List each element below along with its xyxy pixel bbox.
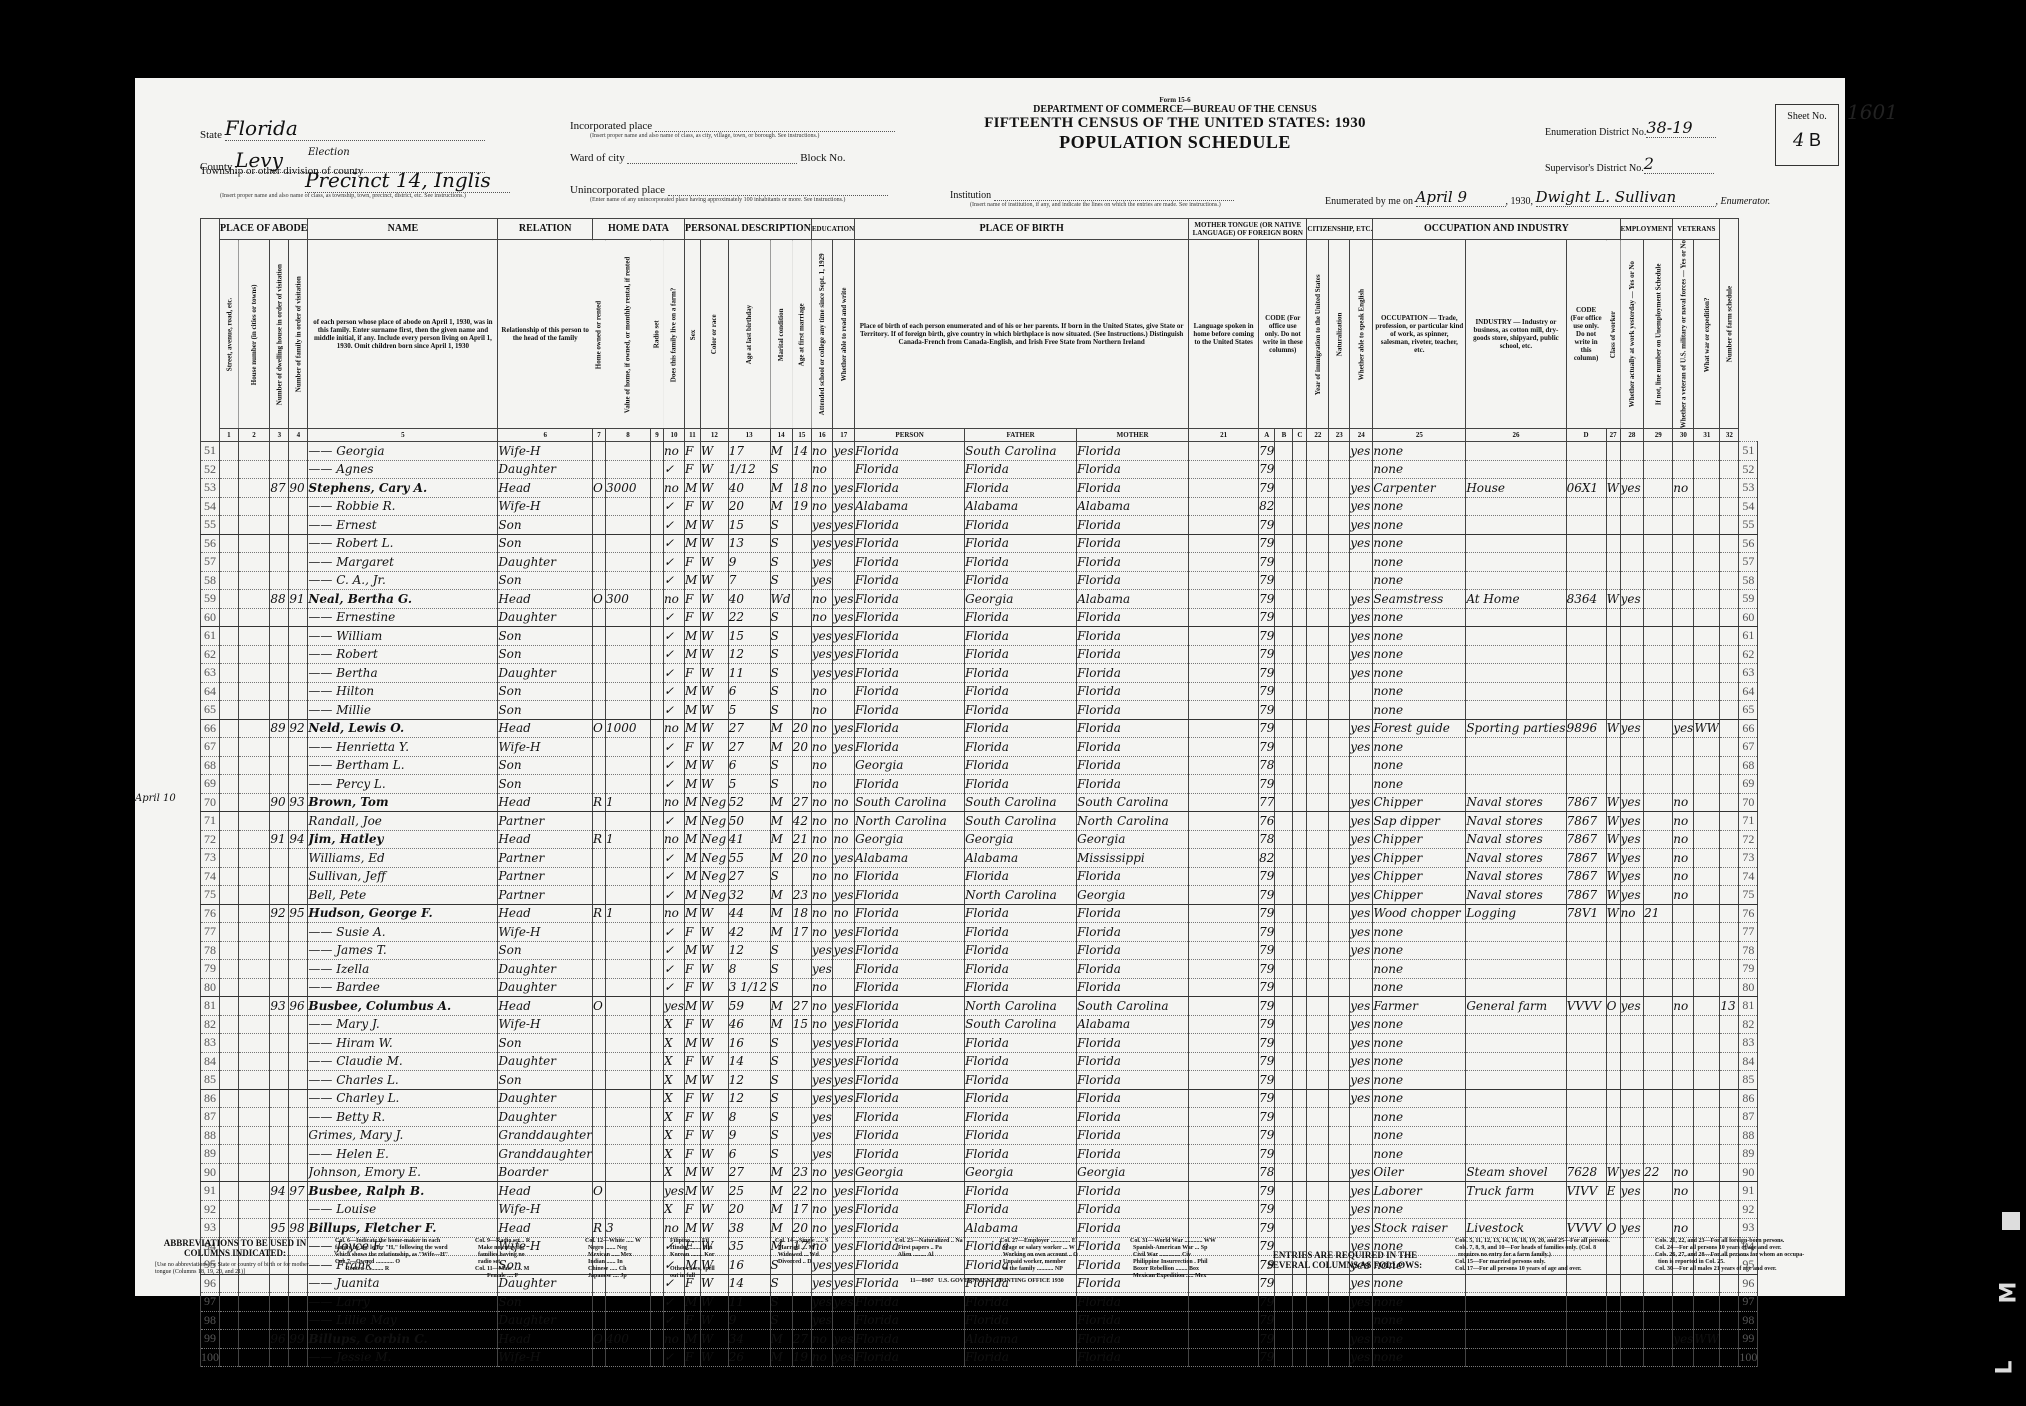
race: Neg bbox=[700, 793, 728, 812]
birthplace-mother: Florida bbox=[1077, 627, 1189, 646]
occupation: none bbox=[1373, 1145, 1466, 1164]
farm: no bbox=[663, 1330, 684, 1349]
code-a: 79 bbox=[1259, 553, 1275, 572]
radio-set bbox=[650, 1200, 663, 1219]
unemployment-line: 22 bbox=[1644, 1163, 1673, 1182]
age-first-marriage bbox=[792, 701, 811, 720]
unemployment-line bbox=[1644, 941, 1673, 960]
speaks-english bbox=[1350, 460, 1373, 479]
line-number-right: 86 bbox=[1739, 1089, 1758, 1108]
col-13-header: Age at last birthday bbox=[728, 240, 770, 429]
farm-schedule bbox=[1720, 534, 1739, 553]
schedule-title: POPULATION SCHEDULE bbox=[965, 132, 1385, 153]
home-value bbox=[605, 571, 650, 590]
race: W bbox=[700, 1034, 728, 1053]
sex: F bbox=[685, 497, 701, 516]
family-number bbox=[289, 516, 308, 535]
immigration-year bbox=[1307, 479, 1329, 498]
attended-school: yes bbox=[811, 516, 833, 535]
immigration-year bbox=[1307, 1052, 1329, 1071]
farm: ✓ bbox=[663, 756, 684, 775]
veteran bbox=[1673, 1200, 1694, 1219]
unemployment-line bbox=[1644, 960, 1673, 979]
mother-tongue bbox=[1189, 479, 1259, 498]
read-write: yes bbox=[833, 1015, 855, 1034]
code-a: 79 bbox=[1259, 904, 1275, 923]
war bbox=[1694, 1034, 1720, 1053]
age: 32 bbox=[728, 886, 770, 905]
code-b bbox=[1275, 867, 1293, 886]
industry bbox=[1466, 738, 1566, 757]
line-number: 60 bbox=[201, 608, 220, 627]
occupation-code bbox=[1566, 1015, 1606, 1034]
marital: S bbox=[770, 941, 792, 960]
age: 12 bbox=[728, 1071, 770, 1090]
home-value bbox=[605, 645, 650, 664]
street bbox=[220, 682, 239, 701]
person-name: Billups, Fletcher F. bbox=[308, 1219, 498, 1238]
sex: M bbox=[685, 904, 701, 923]
table-row: 87—— Betty R.DaughterXFW8SyesFloridaFlor… bbox=[201, 1108, 1758, 1127]
class-of-worker bbox=[1606, 1071, 1620, 1090]
farm: no bbox=[663, 830, 684, 849]
farm-schedule bbox=[1720, 756, 1739, 775]
birthplace-father: Florida bbox=[965, 960, 1077, 979]
mother-tongue bbox=[1189, 1108, 1259, 1127]
birthplace-father: South Carolina bbox=[965, 442, 1077, 461]
occupation-code bbox=[1566, 1311, 1606, 1330]
unemployment-line bbox=[1644, 460, 1673, 479]
immigration-year bbox=[1307, 719, 1329, 738]
marital: M bbox=[770, 719, 792, 738]
speaks-english: yes bbox=[1350, 941, 1373, 960]
occupation-code bbox=[1566, 664, 1606, 683]
farm: no bbox=[663, 719, 684, 738]
relation: Son bbox=[498, 534, 593, 553]
veteran bbox=[1673, 460, 1694, 479]
war bbox=[1694, 701, 1720, 720]
occupation: none bbox=[1373, 1052, 1466, 1071]
family-number bbox=[289, 941, 308, 960]
home-value: 400 bbox=[605, 1330, 650, 1349]
col-num: 28 bbox=[1620, 429, 1644, 442]
radio-set bbox=[650, 627, 663, 646]
farm: no bbox=[663, 793, 684, 812]
home-value: 1000 bbox=[605, 719, 650, 738]
veteran bbox=[1673, 960, 1694, 979]
code-a: 79 bbox=[1259, 886, 1275, 905]
class-of-worker: W bbox=[1606, 867, 1620, 886]
code-c bbox=[1293, 793, 1307, 812]
home-value bbox=[605, 664, 650, 683]
race: W bbox=[700, 1330, 728, 1349]
relation: Daughter bbox=[498, 1089, 593, 1108]
mother-tongue bbox=[1189, 442, 1259, 461]
farm-schedule bbox=[1720, 1311, 1739, 1330]
code-c bbox=[1293, 1145, 1307, 1164]
col-27-header: Class of worker bbox=[1606, 240, 1620, 429]
marital: S bbox=[770, 1108, 792, 1127]
attended-school: yes bbox=[811, 664, 833, 683]
mother-tongue bbox=[1189, 1034, 1259, 1053]
age-first-marriage: 27 bbox=[792, 1330, 811, 1349]
unemployment-line bbox=[1644, 479, 1673, 498]
read-write bbox=[833, 701, 855, 720]
war bbox=[1694, 571, 1720, 590]
radio-set bbox=[650, 978, 663, 997]
read-write: yes bbox=[833, 886, 855, 905]
line-number: 81 bbox=[201, 997, 220, 1016]
birthplace-mother: Alabama bbox=[1077, 590, 1189, 609]
occupation: none bbox=[1373, 1108, 1466, 1127]
house-number bbox=[238, 1089, 270, 1108]
naturalization bbox=[1329, 1145, 1350, 1164]
table-row: 83—— Hiram W.SonXMW16SyesyesFloridaFlori… bbox=[201, 1034, 1758, 1053]
speaks-english: yes bbox=[1350, 1200, 1373, 1219]
birthplace-person: Florida bbox=[855, 1219, 965, 1238]
relation: Head bbox=[498, 793, 593, 812]
birthplace-mother: Florida bbox=[1077, 904, 1189, 923]
marital: S bbox=[770, 1034, 792, 1053]
code-a: 79 bbox=[1259, 1348, 1275, 1367]
radio-set bbox=[650, 682, 663, 701]
race: W bbox=[700, 1108, 728, 1127]
home-value bbox=[605, 701, 650, 720]
table-row: 89—— Helen E.GranddaughterXFW6SyesFlorid… bbox=[201, 1145, 1758, 1164]
birthplace-person: Georgia bbox=[855, 1163, 965, 1182]
read-write: yes bbox=[833, 645, 855, 664]
line-number-right: 80 bbox=[1739, 978, 1758, 997]
code-b bbox=[1275, 941, 1293, 960]
house-number bbox=[238, 923, 270, 942]
race: W bbox=[700, 1163, 728, 1182]
birthplace-person: Florida bbox=[855, 645, 965, 664]
home-owned: R bbox=[592, 793, 605, 812]
age-first-marriage bbox=[792, 1089, 811, 1108]
attended-school: yes bbox=[811, 1145, 833, 1164]
age: 26 bbox=[728, 1348, 770, 1367]
radio-set bbox=[650, 664, 663, 683]
home-owned: O bbox=[592, 479, 605, 498]
immigration-year bbox=[1307, 830, 1329, 849]
code-a: 82 bbox=[1259, 497, 1275, 516]
unemployment-line bbox=[1644, 1219, 1673, 1238]
marital: S bbox=[770, 1311, 792, 1330]
read-write: yes bbox=[833, 497, 855, 516]
table-row: 74Sullivan, JeffPartner✓MNeg27SnonoFlori… bbox=[201, 867, 1758, 886]
attended-school: yes bbox=[811, 1311, 833, 1330]
code-a: 79 bbox=[1259, 645, 1275, 664]
farm: ✓ bbox=[663, 960, 684, 979]
race: W bbox=[700, 1311, 728, 1330]
attended-school: no bbox=[811, 1200, 833, 1219]
col-5-header: of each person whose place of abode on A… bbox=[308, 240, 498, 429]
house-number bbox=[238, 775, 270, 794]
unemployment-line: 21 bbox=[1644, 904, 1673, 923]
line-number: 83 bbox=[201, 1034, 220, 1053]
marital: M bbox=[770, 849, 792, 868]
col-num: C bbox=[1293, 429, 1307, 442]
farm-schedule bbox=[1720, 904, 1739, 923]
read-write: yes bbox=[833, 1089, 855, 1108]
line-number: 51 bbox=[201, 442, 220, 461]
person-name: —— Izella bbox=[308, 960, 498, 979]
veteran bbox=[1673, 941, 1694, 960]
radio-set bbox=[650, 1034, 663, 1053]
naturalization bbox=[1329, 960, 1350, 979]
print-code: 11—8907 U.S. GOVERNMENT PRINTING OFFICE … bbox=[910, 1278, 1064, 1285]
occupation-code bbox=[1566, 756, 1606, 775]
farm: ✓ bbox=[663, 775, 684, 794]
birthplace-mother: Florida bbox=[1077, 479, 1189, 498]
radio-set bbox=[650, 775, 663, 794]
read-write: yes bbox=[833, 1052, 855, 1071]
farm-schedule bbox=[1720, 978, 1739, 997]
home-owned bbox=[592, 1108, 605, 1127]
col-8-header: Value of home, if owned, or monthly rent… bbox=[605, 240, 650, 429]
sex: M bbox=[685, 812, 701, 831]
farm: ✓ bbox=[663, 701, 684, 720]
farm-schedule bbox=[1720, 1182, 1739, 1201]
sex: M bbox=[685, 1163, 701, 1182]
occupation: Oiler bbox=[1373, 1163, 1466, 1182]
class-of-worker: W bbox=[1606, 590, 1620, 609]
code-b bbox=[1275, 553, 1293, 572]
incorporated-label: Incorporated place bbox=[570, 120, 652, 132]
farm-schedule bbox=[1720, 886, 1739, 905]
birthplace-father: Florida bbox=[965, 645, 1077, 664]
class-of-worker: W bbox=[1606, 904, 1620, 923]
speaks-english: yes bbox=[1350, 1052, 1373, 1071]
mother-tongue bbox=[1189, 1219, 1259, 1238]
home-owned bbox=[592, 553, 605, 572]
relation: Daughter bbox=[498, 978, 593, 997]
family-number: 96 bbox=[289, 997, 308, 1016]
family-number bbox=[289, 1145, 308, 1164]
radio-set bbox=[650, 756, 663, 775]
occupation: none bbox=[1373, 1126, 1466, 1145]
house-number bbox=[238, 849, 270, 868]
line-number: 66 bbox=[201, 719, 220, 738]
col-num: 8 bbox=[605, 429, 650, 442]
farm-schedule bbox=[1720, 645, 1739, 664]
birthplace-person: Florida bbox=[855, 923, 965, 942]
industry bbox=[1466, 627, 1566, 646]
speaks-english: yes bbox=[1350, 479, 1373, 498]
home-owned bbox=[592, 756, 605, 775]
war bbox=[1694, 1052, 1720, 1071]
col-num: 12 bbox=[700, 429, 728, 442]
farm-schedule bbox=[1720, 1219, 1739, 1238]
read-write: no bbox=[833, 867, 855, 886]
immigration-year bbox=[1307, 1163, 1329, 1182]
speaks-english bbox=[1350, 701, 1373, 720]
occupation-code: 7867 bbox=[1566, 867, 1606, 886]
street bbox=[220, 664, 239, 683]
col-16-header: Attended school or college any time sinc… bbox=[811, 240, 833, 429]
birthplace-mother: Florida bbox=[1077, 756, 1189, 775]
veteran bbox=[1673, 497, 1694, 516]
house-number bbox=[238, 460, 270, 479]
occupation-code bbox=[1566, 645, 1606, 664]
street bbox=[220, 997, 239, 1016]
unemployment-line bbox=[1644, 664, 1673, 683]
radio-set bbox=[650, 1052, 663, 1071]
dwelling-number bbox=[270, 553, 289, 572]
col-num: D bbox=[1566, 429, 1606, 442]
mother-tongue bbox=[1189, 997, 1259, 1016]
person-name: —— Percy L. bbox=[308, 775, 498, 794]
sex: F bbox=[685, 590, 701, 609]
veteran: no bbox=[1673, 479, 1694, 498]
birthplace-person: Georgia bbox=[855, 756, 965, 775]
read-write: yes bbox=[833, 849, 855, 868]
code-c bbox=[1293, 978, 1307, 997]
table-row: 939598Billups, Fletcher F.HeadR3noMW38M2… bbox=[201, 1219, 1758, 1238]
code-b bbox=[1275, 516, 1293, 535]
col-29-header: If not, line number on Unemployment Sche… bbox=[1644, 240, 1673, 429]
read-write bbox=[833, 682, 855, 701]
code-c bbox=[1293, 1089, 1307, 1108]
marital: S bbox=[770, 960, 792, 979]
age-first-marriage: 27 bbox=[792, 793, 811, 812]
occupation: none bbox=[1373, 627, 1466, 646]
unincorporated-label: Unincorporated place bbox=[570, 184, 665, 196]
race: W bbox=[700, 756, 728, 775]
class-of-worker bbox=[1606, 960, 1620, 979]
naturalization bbox=[1329, 701, 1350, 720]
home-owned: R bbox=[592, 830, 605, 849]
naturalization bbox=[1329, 1052, 1350, 1071]
read-write bbox=[833, 960, 855, 979]
attended-school: no bbox=[811, 904, 833, 923]
veteran: no bbox=[1673, 793, 1694, 812]
birthplace-mother: Florida bbox=[1077, 1330, 1189, 1349]
relation: Son bbox=[498, 516, 593, 535]
birthplace-mother: Florida bbox=[1077, 1200, 1189, 1219]
code-b bbox=[1275, 1311, 1293, 1330]
code-b bbox=[1275, 904, 1293, 923]
home-value bbox=[605, 756, 650, 775]
age-first-marriage bbox=[792, 516, 811, 535]
age: 7 bbox=[728, 571, 770, 590]
family-number bbox=[289, 571, 308, 590]
birthplace-mother: Florida bbox=[1077, 978, 1189, 997]
read-write bbox=[833, 1126, 855, 1145]
class-of-worker: W bbox=[1606, 886, 1620, 905]
house-number bbox=[238, 1145, 270, 1164]
farm-schedule bbox=[1720, 1015, 1739, 1034]
read-write: no bbox=[833, 830, 855, 849]
age-first-marriage: 19 bbox=[792, 497, 811, 516]
code-c bbox=[1293, 1126, 1307, 1145]
speaks-english: yes bbox=[1350, 442, 1373, 461]
table-row: 51—— GeorgiaWife-HnoFW17M14noyesFloridaS… bbox=[201, 442, 1758, 461]
farm: no bbox=[663, 1219, 684, 1238]
birthplace-person: Florida bbox=[855, 553, 965, 572]
occupation-code bbox=[1566, 738, 1606, 757]
home-owned bbox=[592, 960, 605, 979]
race: Neg bbox=[700, 886, 728, 905]
birthplace-father: South Carolina bbox=[965, 812, 1077, 831]
immigration-year bbox=[1307, 849, 1329, 868]
farm: X bbox=[663, 1145, 684, 1164]
war bbox=[1694, 627, 1720, 646]
speaks-english: yes bbox=[1350, 830, 1373, 849]
birthplace-father: Florida bbox=[965, 534, 1077, 553]
film-mark-square bbox=[2002, 1212, 2020, 1230]
marital: S bbox=[770, 516, 792, 535]
family-number bbox=[289, 812, 308, 831]
age: 40 bbox=[728, 590, 770, 609]
war bbox=[1694, 1015, 1720, 1034]
home-owned bbox=[592, 1071, 605, 1090]
section-citizenship: CITIZENSHIP, ETC. bbox=[1307, 219, 1373, 240]
occupation: Chipper bbox=[1373, 849, 1466, 868]
code-c bbox=[1293, 1219, 1307, 1238]
veteran bbox=[1673, 738, 1694, 757]
unemployment-line bbox=[1644, 775, 1673, 794]
dwelling-number bbox=[270, 812, 289, 831]
at-work bbox=[1620, 1200, 1644, 1219]
farm: yes bbox=[663, 1182, 684, 1201]
occupation: none bbox=[1373, 534, 1466, 553]
race: W bbox=[700, 1071, 728, 1090]
home-value: 1 bbox=[605, 830, 650, 849]
unemployment-line bbox=[1644, 1071, 1673, 1090]
sex: F bbox=[685, 738, 701, 757]
unemployment-line bbox=[1644, 1348, 1673, 1367]
birthplace-mother: Florida bbox=[1077, 775, 1189, 794]
home-value bbox=[605, 1348, 650, 1367]
dwelling-number bbox=[270, 497, 289, 516]
class-of-worker: W bbox=[1606, 849, 1620, 868]
line-number: 87 bbox=[201, 1108, 220, 1127]
person-name: —— Charles L. bbox=[308, 1071, 498, 1090]
age-first-marriage bbox=[792, 960, 811, 979]
class-of-worker bbox=[1606, 553, 1620, 572]
unemployment-line bbox=[1644, 978, 1673, 997]
farm-schedule bbox=[1720, 775, 1739, 794]
age: 50 bbox=[728, 812, 770, 831]
unemployment-line bbox=[1644, 1108, 1673, 1127]
marital: S bbox=[770, 756, 792, 775]
farm: X bbox=[663, 1163, 684, 1182]
race: W bbox=[700, 516, 728, 535]
street bbox=[220, 516, 239, 535]
war bbox=[1694, 497, 1720, 516]
industry bbox=[1466, 1145, 1566, 1164]
code-a: 79 bbox=[1259, 738, 1275, 757]
birthplace-father: Florida bbox=[965, 1145, 1077, 1164]
age: 27 bbox=[728, 1163, 770, 1182]
sex: M bbox=[685, 1071, 701, 1090]
attended-school: no bbox=[811, 1348, 833, 1367]
home-value bbox=[605, 886, 650, 905]
at-work bbox=[1620, 960, 1644, 979]
street bbox=[220, 553, 239, 572]
farm-schedule bbox=[1720, 849, 1739, 868]
township-annotation: Election bbox=[308, 147, 350, 158]
family-number bbox=[289, 960, 308, 979]
relation: Head bbox=[498, 1330, 593, 1349]
speaks-english bbox=[1350, 553, 1373, 572]
occupation: Chipper bbox=[1373, 830, 1466, 849]
line-number: 69 bbox=[201, 775, 220, 794]
line-number-right: 66 bbox=[1739, 719, 1758, 738]
age-first-marriage bbox=[792, 1311, 811, 1330]
code-a: 78 bbox=[1259, 756, 1275, 775]
